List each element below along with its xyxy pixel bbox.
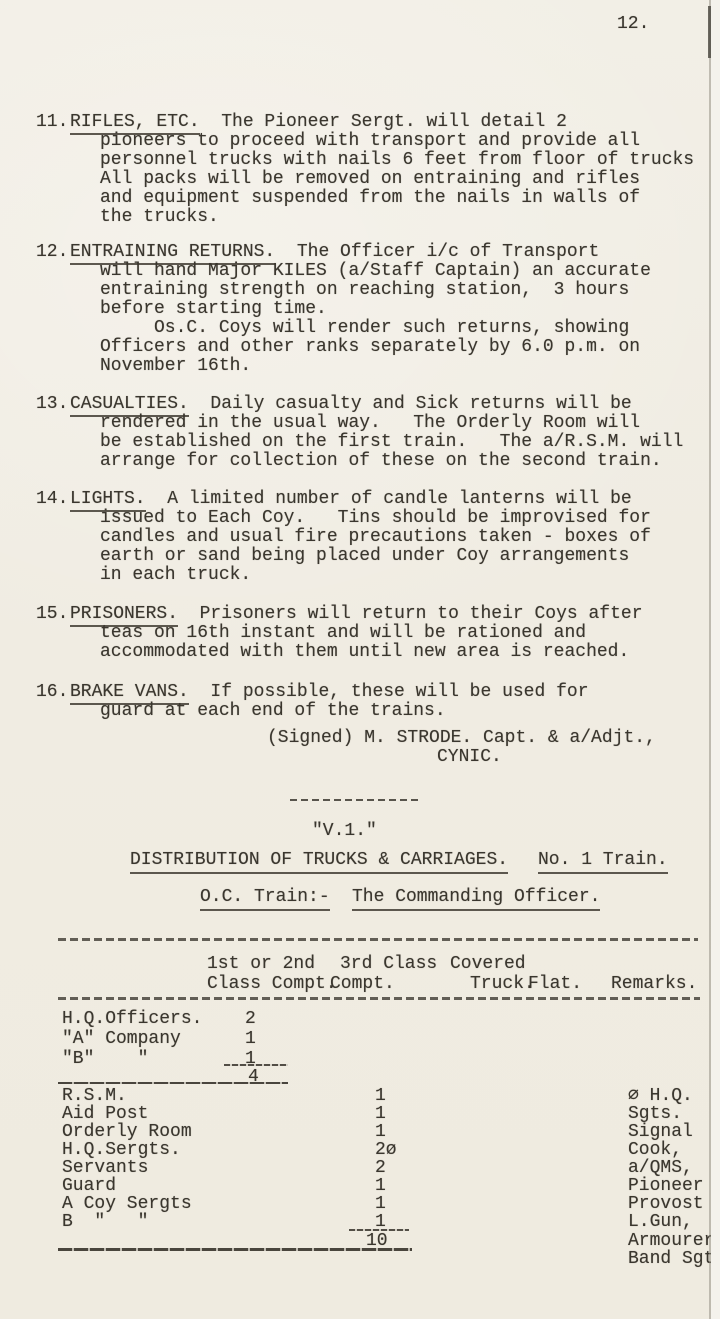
item-lead: The Pioneer Sergt. will detail 2: [200, 112, 567, 132]
item-text-line: candles and usual fire precautions taken…: [100, 528, 651, 547]
item-body: guard at each end of the trains.: [100, 702, 589, 721]
item-text-line: accommodated with them until new area is…: [100, 643, 643, 662]
item-text-line: guard at each end of the trains.: [100, 702, 589, 721]
column-header: Truck.: [470, 975, 535, 994]
item-text-line: issued to Each Coy. Tins should be impro…: [100, 509, 651, 528]
column-header: Compt.: [330, 975, 395, 994]
column-header: Class Compt.: [207, 975, 337, 994]
column-header: Flat.: [528, 975, 582, 994]
reference-code: "V.1.": [312, 822, 377, 841]
item-lead: A limited number of candle lanterns will…: [146, 489, 632, 509]
item-body: will hand Major KILES (a/Staff Captain) …: [100, 262, 651, 376]
table-row: Band Sgt: [0, 1250, 720, 1269]
item-text-line: arrange for collection of these on the s…: [100, 452, 683, 471]
column-header: Covered: [450, 955, 526, 974]
item-number: 11.: [36, 113, 70, 132]
table-header-row-2: Class Compt. Compt. Truck. Flat. Remarks…: [0, 975, 720, 994]
oc-train-value: The Commanding Officer.: [352, 888, 600, 911]
item-text-line: personnel trucks with nails 6 feet from …: [100, 151, 694, 170]
subtotal-underline: [224, 1064, 288, 1066]
item-number: 15.: [36, 605, 70, 624]
item-text-line: will hand Major KILES (a/Staff Captain) …: [100, 262, 651, 281]
item-number: 12.: [36, 243, 70, 262]
row-remark: L.Gun,: [628, 1213, 693, 1232]
item-number: 16.: [36, 683, 70, 702]
row-remark: Band Sgt: [628, 1250, 714, 1269]
order-item-14: 14.LIGHTS. A limited number of candle la…: [36, 490, 651, 585]
item-text-line: November 16th.: [100, 357, 651, 376]
table-top-rule: [58, 938, 698, 941]
item-number: 14.: [36, 490, 70, 509]
table-row: H.Q.Officers. 2: [0, 1010, 720, 1029]
column-header: 3rd Class: [340, 955, 437, 974]
column-header: Remarks.: [611, 975, 697, 994]
item-text-line: earth or sand being placed under Coy arr…: [100, 547, 651, 566]
item-text-line: the trucks.: [100, 208, 694, 227]
page-edge-shadow: [708, 6, 711, 58]
item-text-line: Officers and other ranks separately by 6…: [100, 338, 651, 357]
train-number-heading: No. 1 Train.: [538, 851, 668, 874]
scanned-document-page: 12. 11.RIFLES, ETC. The Pioneer Sergt. w…: [0, 0, 720, 1319]
item-text-line: before starting time.: [100, 300, 651, 319]
page-edge-line: [709, 0, 711, 1319]
row-value: 2: [245, 1010, 256, 1029]
item-text-line: be established on the first train. The a…: [100, 433, 683, 452]
group-total: 4: [248, 1068, 259, 1087]
row-label: B " ": [62, 1213, 148, 1232]
item-number: 13.: [36, 395, 70, 414]
signature-line: (Signed) M. STRODE. Capt. & a/Adjt.,: [267, 729, 656, 748]
order-item-13: 13.CASUALTIES. Daily casualty and Sick r…: [36, 395, 683, 471]
item-text-line: All packs will be removed on entraining …: [100, 170, 694, 189]
divider-rule: [290, 799, 422, 801]
order-item-15: 15.PRISONERS. Prisoners will return to t…: [36, 605, 643, 662]
item-lead: The Officer i/c of Transport: [275, 242, 599, 262]
oc-train-label: O.C. Train:-: [200, 888, 330, 911]
group-divider-rule: [58, 1082, 288, 1084]
item-text-line: and equipment suspended from the nails i…: [100, 189, 694, 208]
table-header-rule: [58, 997, 700, 1000]
item-lead: Daily casualty and Sick returns will be: [189, 394, 632, 414]
item-text-line: teas on 16th instant and will be ratione…: [100, 624, 643, 643]
row-label: "A" Company: [62, 1030, 181, 1049]
table-header-row-1: 1st or 2nd 3rd Class Covered: [0, 955, 720, 974]
table-row: "B" " 1: [0, 1050, 720, 1069]
item-text-line: in each truck.: [100, 566, 651, 585]
order-item-12: 12.ENTRAINING RETURNS. The Officer i/c o…: [36, 243, 651, 376]
row-label: H.Q.Officers.: [62, 1010, 202, 1029]
column-header: 1st or 2nd: [207, 955, 315, 974]
item-body: teas on 16th instant and will be ratione…: [100, 624, 643, 662]
order-item-16: 16.BRAKE VANS. If possible, these will b…: [36, 683, 589, 721]
item-body: pioneers to proceed with transport and p…: [100, 132, 694, 227]
table-row: "A" Company 1: [0, 1030, 720, 1049]
item-body: rendered in the usual way. The Orderly R…: [100, 414, 683, 471]
item-text-line: entraining strength on reaching station,…: [100, 281, 651, 300]
page-edge-margin: [711, 0, 720, 1319]
item-text-line: Os.C. Coys will render such returns, sho…: [100, 319, 651, 338]
item-lead: Prisoners will return to their Coys afte…: [178, 604, 642, 624]
page-number: 12.: [617, 15, 649, 34]
row-label: "B" ": [62, 1050, 148, 1069]
item-text-line: rendered in the usual way. The Orderly R…: [100, 414, 683, 433]
item-text-line: pioneers to proceed with transport and p…: [100, 132, 694, 151]
table-total-row: 4: [0, 1068, 720, 1087]
distribution-heading: DISTRIBUTION OF TRUCKS & CARRIAGES.: [130, 851, 508, 874]
item-body: issued to Each Coy. Tins should be impro…: [100, 509, 651, 585]
order-item-11: 11.RIFLES, ETC. The Pioneer Sergt. will …: [36, 113, 694, 227]
item-lead: If possible, these will be used for: [189, 682, 589, 702]
row-value: 1: [245, 1030, 256, 1049]
signature-codename: CYNIC.: [437, 748, 502, 767]
